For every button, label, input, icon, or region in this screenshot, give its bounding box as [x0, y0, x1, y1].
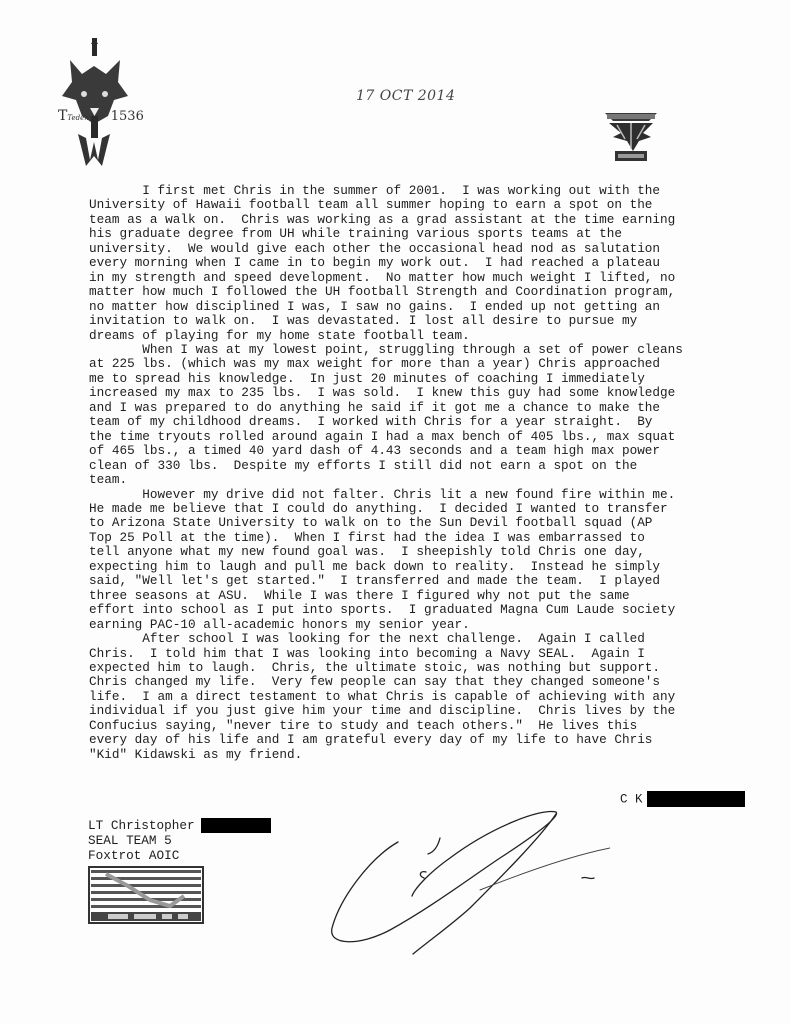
crest-motto: TTeden1536 [58, 108, 144, 124]
letter-line: in my strength and speed development. No… [89, 271, 729, 285]
letter-line: me to spread his knowledge. In just 20 m… [89, 372, 729, 386]
letter-line: Confucius saying, "never tire to study a… [89, 719, 729, 733]
signer-role: Foxtrot AOIC [88, 848, 271, 863]
letter-line: tell anyone what my new found goal was. … [89, 545, 729, 559]
letter-line: every day of his life and I am grateful … [89, 733, 729, 747]
redaction-bar [201, 818, 271, 833]
navy-seal-trident-icon [603, 111, 659, 163]
letter-line: "Kid" Kidawski as my friend. [89, 748, 729, 762]
letter-line: earning PAC-10 all-academic honors my se… [89, 618, 729, 632]
signer-name: LT Christopher [88, 818, 195, 833]
letter-line: team of my childhood dreams. I worked wi… [89, 415, 729, 429]
letter-line: three seasons at ASU. While I was there … [89, 589, 729, 603]
letter-line: After school I was looking for the next … [89, 632, 729, 646]
letter-line: I first met Chris in the summer of 2001.… [89, 184, 729, 198]
letter-date: 17 OCT 2014 [356, 88, 455, 104]
letter-line: life. I am a direct testament to what Ch… [89, 690, 729, 704]
letter-line: of 465 lbs., a timed 40 yard dash of 4.4… [89, 444, 729, 458]
letter-page: TTeden1536 17 OCT 2014 I first met Chris… [0, 0, 791, 1024]
handwritten-signature-icon [320, 808, 610, 958]
letter-line: no matter how disciplined I was, I saw n… [89, 300, 729, 314]
letter-line: increased my max to 235 lbs. I was sold.… [89, 386, 729, 400]
letter-line: expecting him to laugh and pull me back … [89, 560, 729, 574]
letter-line: When I was at my lowest point, strugglin… [89, 343, 729, 357]
letter-line: at 225 lbs. (which was my max weight for… [89, 357, 729, 371]
letter-line: matter how much I followed the UH footba… [89, 285, 729, 299]
letter-line: said, "Well let's get started." I transf… [89, 574, 729, 588]
letter-line: Top 25 Poll at the time). When I first h… [89, 531, 729, 545]
letter-line: every morning when I came in to begin my… [89, 256, 729, 270]
letter-line: his graduate degree from UH while traini… [89, 227, 729, 241]
letter-line: clean of 330 lbs. Despite my efforts I s… [89, 459, 729, 473]
seal-team-flag-patch-icon [88, 866, 204, 924]
signer-name-line: LT Christopher [88, 818, 271, 833]
letter-body: I first met Chris in the summer of 2001.… [89, 184, 729, 762]
letter-line: university. We would give each other the… [89, 242, 729, 256]
letter-line: to Arizona State University to walk on t… [89, 516, 729, 530]
letter-line: the time tryouts rolled around again I h… [89, 430, 729, 444]
closing-initials: C K [620, 791, 745, 807]
letter-line: University of Hawaii football team all s… [89, 198, 729, 212]
signer-unit: SEAL TEAM 5 [88, 833, 271, 848]
letter-line: individual if you just give him your tim… [89, 704, 729, 718]
signature-block: LT Christopher SEAL TEAM 5 Foxtrot AOIC [88, 818, 271, 863]
letter-line: However my drive did not falter. Chris l… [89, 488, 729, 502]
closing-initials-text: C K [620, 792, 643, 806]
letter-line: effort into school as I put into sports.… [89, 603, 729, 617]
letter-line: dreams of playing for my home state foot… [89, 329, 729, 343]
letter-line: He made me believe that I could do anyth… [89, 502, 729, 516]
letter-line: team. [89, 473, 729, 487]
letter-line: team as a walk on. Chris was working as … [89, 213, 729, 227]
redaction-bar [647, 791, 745, 807]
wolf-dagger-crest-icon [50, 38, 140, 168]
letter-line: Chris. I told him that I was looking int… [89, 647, 729, 661]
letter-line: and I was prepared to do anything he sai… [89, 401, 729, 415]
letter-line: Chris changed my life. Very few people c… [89, 675, 729, 689]
letter-line: expected him to laugh. Chris, the ultima… [89, 661, 729, 675]
letter-line: invitation to walk on. I was devastated.… [89, 314, 729, 328]
